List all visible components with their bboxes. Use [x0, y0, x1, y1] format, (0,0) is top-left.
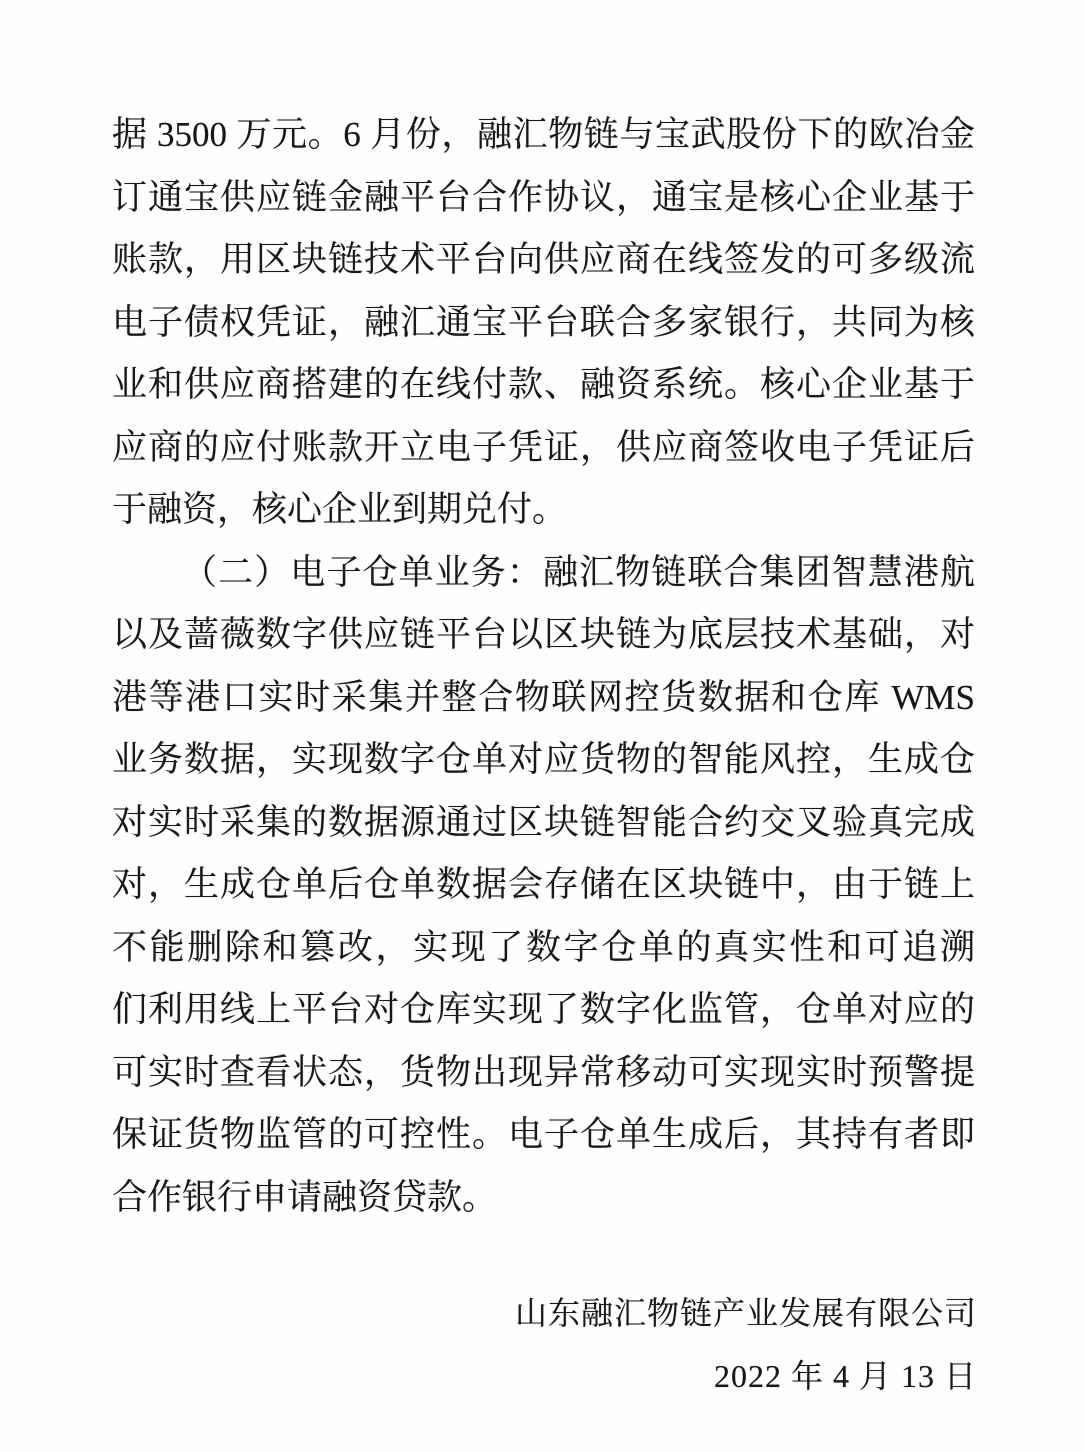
body-line: 业务数据，实现数字仓单对应货物的智能风控，生成仓单前 — [112, 729, 975, 792]
body-line: 账款，用区块链技术平台向供应商在线签发的可多级流转的 — [112, 229, 975, 292]
body-line: 电子债权凭证，融汇通宝平台联合多家银行，共同为核心企 — [112, 292, 975, 355]
document-date: 2022 年 4 月 13 日 — [515, 1345, 977, 1408]
signature-block: 山东融汇物链产业发展有限公司 2022 年 4 月 13 日 — [515, 1282, 977, 1408]
body-line: 对实时采集的数据源通过区块链智能合约交叉验真完成比 — [112, 792, 975, 855]
body-line: 对，生成仓单后仓单数据会存储在区块链中，由于链上数据 — [112, 854, 975, 917]
body-line: 于融资，核心企业到期兑付。 — [112, 479, 975, 542]
company-signature: 山东融汇物链产业发展有限公司 — [515, 1282, 977, 1345]
body-line: 们利用线上平台对仓库实现了数字化监管，仓单对应的货物 — [112, 979, 975, 1042]
body-line: 据 3500 万元。6 月份，融汇物链与宝武股份下的欧冶金服签 — [112, 104, 975, 167]
body-line: 合作银行申请融资贷款。 — [112, 1167, 975, 1230]
body-line: 可实时查看状态，货物出现异常移动可实现实时预警提醒， — [112, 1042, 975, 1105]
body-line-section-heading: （二）电子仓单业务：融汇物链联合集团智慧港航系统 — [112, 542, 975, 605]
body-line: 港等港口实时采集并整合物联网控货数据和仓库 WMS 系统的 — [112, 667, 975, 730]
body-line: 以及蔷薇数字供应链平台以区块链为底层技术基础，对梁山 — [112, 604, 975, 667]
body-line: 保证货物监管的可控性。电子仓单生成后，其持有者即可在 — [112, 1104, 975, 1167]
body-line: 不能删除和篡改，实现了数字仓单的真实性和可追溯性。我 — [112, 917, 975, 980]
body-line: 应商的应付账款开立电子凭证，供应商签收电子凭证后可用 — [112, 417, 975, 480]
body-line: 业和供应商搭建的在线付款、融资系统。核心企业基于与供 — [112, 354, 975, 417]
document-body: 据 3500 万元。6 月份，融汇物链与宝武股份下的欧冶金服签 订通宝供应链金融… — [112, 104, 975, 1229]
document-page: 据 3500 万元。6 月份，融汇物链与宝武股份下的欧冶金服签 订通宝供应链金融… — [0, 0, 1085, 1452]
body-line: 订通宝供应链金融平台合作协议，通宝是核心企业基于应付 — [112, 167, 975, 230]
